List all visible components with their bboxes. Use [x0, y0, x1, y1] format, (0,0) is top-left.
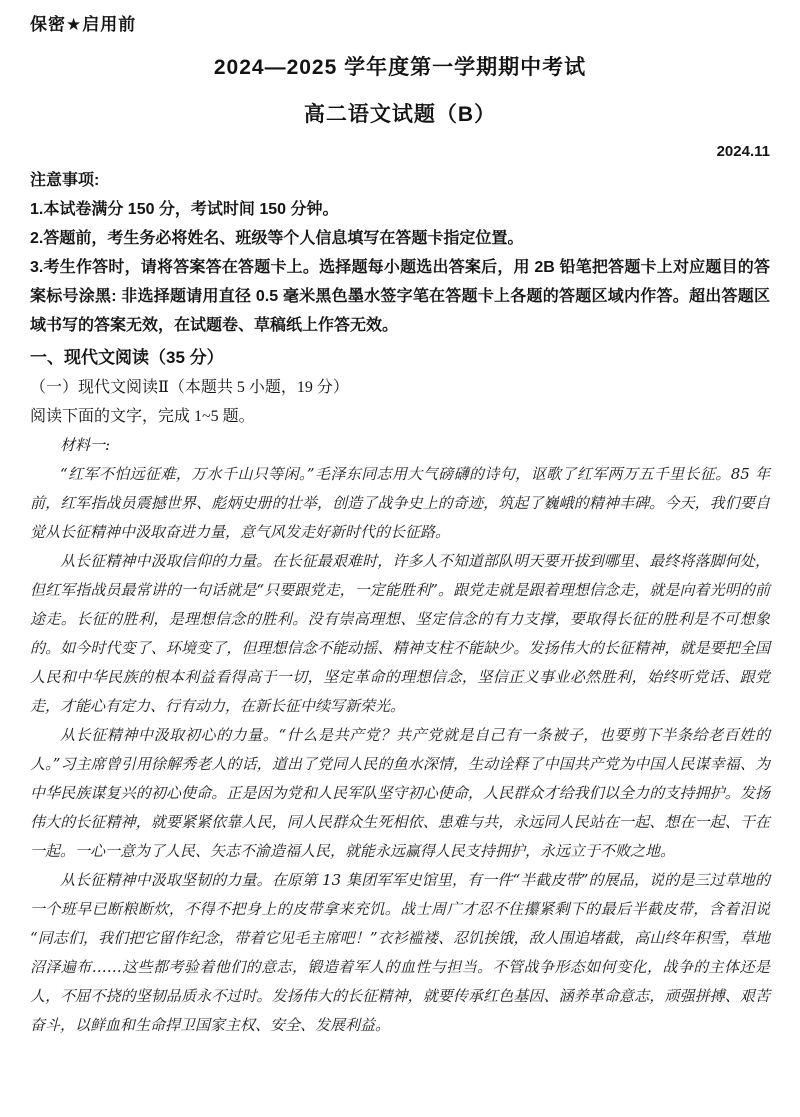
notice-item-2: 2.答题前，考生务必将姓名、班级等个人信息填写在答题卡指定位置。	[30, 224, 770, 253]
exam-date: 2024.11	[30, 143, 770, 160]
material-paragraph-2: 从长征精神中汲取信仰的力量。在长征最艰难时，许多人不知道部队明天要开拔到哪里、最…	[30, 547, 770, 721]
subsection-heading: （一）现代文阅读Ⅱ（本题共 5 小题，19 分）	[30, 373, 770, 402]
notice-item-1: 1.本试卷满分 150 分，考试时间 150 分钟。	[30, 195, 770, 224]
reading-instruction: 阅读下面的文字，完成 1~5 题。	[30, 402, 770, 431]
exam-paper-page: 保密★启用前 2024—2025 学年度第一学期期中考试 高二语文试题（B） 2…	[0, 0, 800, 1117]
material-paragraph-3: 从长征精神中汲取初心的力量。“什么是共产党？共产党就是自己有一条被子，也要剪下半…	[30, 721, 770, 866]
material-paragraph-1: “红军不怕远征难，万水千山只等闲。”毛泽东同志用大气磅礴的诗句，讴歌了红军两万五…	[30, 460, 770, 547]
security-notice: 保密★启用前	[30, 10, 770, 35]
notice-heading: 注意事项:	[30, 166, 770, 195]
exam-subtitle: 高二语文试题（B）	[30, 98, 770, 128]
material-paragraph-4: 从长征精神中汲取坚韧的力量。在原第 13 集团军军史馆里，有一件“半截皮带”的展…	[30, 866, 770, 1040]
exam-title: 2024—2025 学年度第一学期期中考试	[30, 51, 770, 81]
notice-item-3: 3.考生作答时，请将答案答在答题卡上。选择题每小题选出答案后，用 2B 铅笔把答…	[30, 253, 770, 340]
section-heading-modern-reading: 一、现代文阅读（35 分）	[30, 343, 770, 373]
material-one-label: 材料一:	[30, 431, 770, 460]
